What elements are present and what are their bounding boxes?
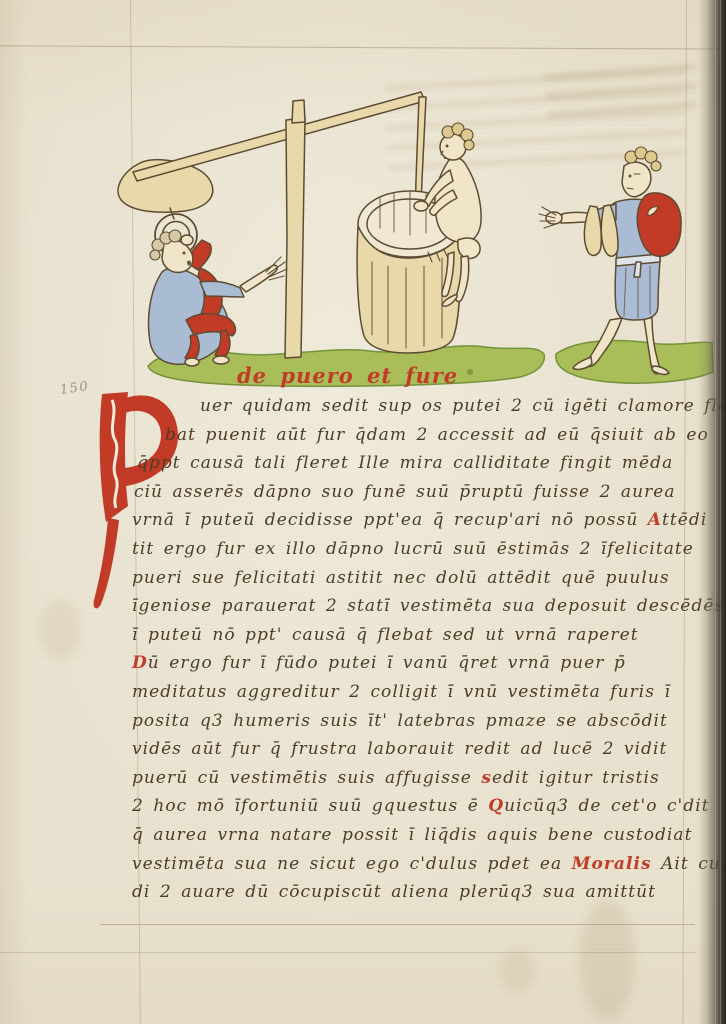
rubricated-text-segment: D bbox=[132, 653, 148, 673]
tan-garment bbox=[584, 206, 601, 255]
text-line: meditatus aggreditur 2 colligit ī vnū ve… bbox=[132, 682, 698, 711]
rubricated-text-segment: A bbox=[648, 510, 662, 530]
text-segment: 2 hoc mō īfortuniū suū gquestus ē bbox=[132, 796, 488, 816]
walking-man-face bbox=[622, 162, 651, 197]
sweep-post bbox=[285, 118, 305, 358]
seated-man-hand bbox=[266, 257, 287, 280]
red-garment bbox=[637, 193, 681, 256]
text-line: vestimēta sua ne sicut ego c'dulus pdet … bbox=[132, 854, 698, 883]
text-segment: q̄ppt causā tali fleret Ille mira callid… bbox=[137, 453, 673, 473]
text-segment: īgeniose parauerat 2 statī vestimēta sua… bbox=[132, 596, 724, 616]
text-line: posita q3 humeris suis īt' latebras pmaz… bbox=[132, 711, 698, 740]
text-segment: ī puteū nō ppt' causā q̄ flebat sed ut v… bbox=[132, 625, 639, 645]
miniature-illustration bbox=[0, 0, 726, 400]
rubricated-text-segment: s bbox=[481, 768, 492, 788]
text-line: īgeniose parauerat 2 statī vestimēta sua… bbox=[132, 596, 698, 625]
text-segment: vidēs aūt fur q̄ frustra laborauit redit… bbox=[132, 739, 667, 759]
text-line: di 2 auare dū cōcupiscūt aliena plerūq3 … bbox=[132, 882, 698, 911]
page-edge-shadow bbox=[698, 0, 726, 1024]
text-segment: uer quidam sedit sup os putei 2 cū igēti… bbox=[200, 396, 726, 416]
text-line: q̄ aurea vrna natare possit ī liq̄dis aq… bbox=[132, 825, 698, 854]
walking-man-drawing bbox=[539, 147, 681, 374]
text-segment: ciū asserēs dāpno suo funē suū p̄ruptū f… bbox=[134, 482, 676, 502]
text-line: q̄ppt causā tali fleret Ille mira callid… bbox=[132, 453, 698, 482]
parchment-stain bbox=[500, 948, 534, 992]
text-segment: posita q3 humeris suis īt' latebras pmaz… bbox=[132, 711, 668, 731]
text-segment: vrnā ī puteū decidisse ppt'ea q̄ recup'a… bbox=[132, 510, 648, 530]
text-line: pueri sue felicitati astitit nec dolū at… bbox=[132, 568, 698, 597]
text-segment: pueri sue felicitati astitit nec dolū at… bbox=[132, 568, 670, 588]
text-line: Dū ergo fur ī fūdo putei ī vanū q̄ret vr… bbox=[132, 653, 698, 682]
text-segment: tit ergo fur ex illo dāpno lucrū suū ēst… bbox=[132, 539, 694, 559]
text-line: bat puenit aūt fur q̄dam 2 accessit ad e… bbox=[132, 425, 698, 454]
text-line: vidēs aūt fur q̄ frustra laborauit redit… bbox=[132, 739, 698, 768]
manuscript-photo: { "palette": { "parchment": "#e9e2cf", "… bbox=[0, 0, 726, 1024]
parchment-stain bbox=[40, 600, 80, 660]
seated-man-drawing bbox=[149, 230, 288, 366]
text-segment: puerū cū vestimētis suis affugisse bbox=[132, 768, 481, 788]
text-line: vrnā ī puteū decidisse ppt'ea q̄ recup'a… bbox=[132, 510, 698, 539]
text-line: ī puteū nō ppt' causā q̄ flebat sed ut v… bbox=[132, 625, 698, 654]
manuscript-text-block: uer quidam sedit sup os putei 2 cū igēti… bbox=[132, 396, 698, 911]
parchment-stain bbox=[580, 900, 635, 1020]
text-segment: uicūq3 de cet'o c'dit bbox=[504, 796, 709, 816]
text-segment: bat puenit aūt fur q̄dam 2 accessit ad e… bbox=[165, 425, 709, 445]
sweep-beam bbox=[133, 92, 425, 181]
text-line: puerū cū vestimētis suis affugisse sedit… bbox=[132, 768, 698, 797]
rubricated-text-segment: Q bbox=[488, 796, 504, 816]
text-segment: edit igitur tristis bbox=[492, 768, 660, 788]
text-line: ciū asserēs dāpno suo funē suū p̄ruptū f… bbox=[132, 482, 698, 511]
text-segment: ū ergo fur ī fūdo putei ī vanū q̄ret vrn… bbox=[148, 653, 626, 673]
text-segment: di 2 auare dū cōcupiscūt aliena plerūq3 … bbox=[132, 882, 656, 902]
chapter-heading: de puero et fure bbox=[237, 363, 458, 389]
text-line: uer quidam sedit sup os putei 2 cū igēti… bbox=[132, 396, 698, 425]
text-line: tit ergo fur ex illo dāpno lucrū suū ēst… bbox=[132, 539, 698, 568]
text-line: 2 hoc mō īfortuniū suū gquestus ē Quicūq… bbox=[132, 796, 698, 825]
text-segment: vestimēta sua ne sicut ego c'dulus pdet … bbox=[132, 854, 572, 874]
rubricated-text-segment: Moralis bbox=[572, 854, 652, 874]
text-segment: meditatus aggreditur 2 colligit ī vnū ve… bbox=[132, 682, 671, 702]
text-segment: q̄ aurea vrna natare possit ī liq̄dis aq… bbox=[132, 825, 692, 845]
